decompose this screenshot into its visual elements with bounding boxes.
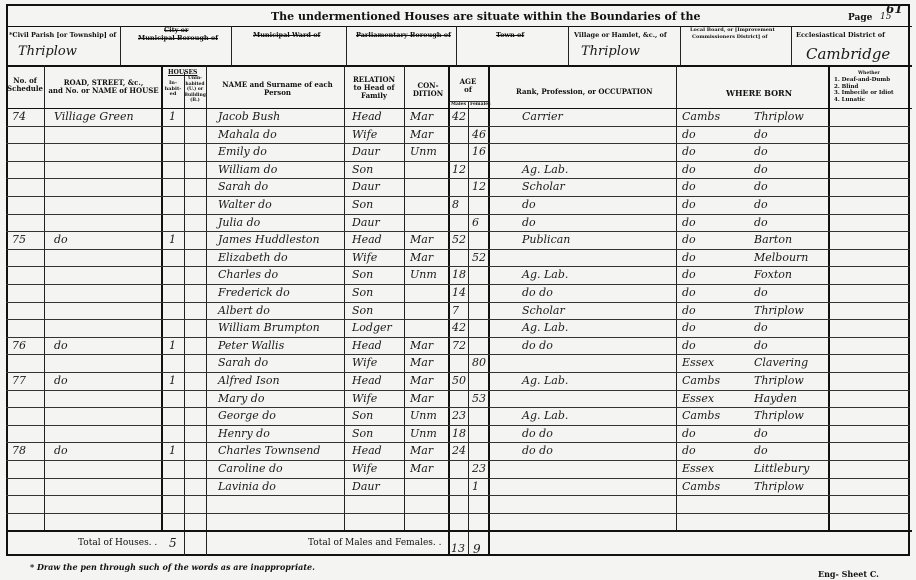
born-place: Thriplow xyxy=(754,304,804,317)
born-county: do xyxy=(682,286,696,299)
female-age: 12 xyxy=(472,180,486,193)
person-name: Mary do xyxy=(218,392,264,405)
born-county: do xyxy=(682,339,696,352)
born-county: do xyxy=(682,251,696,264)
condition: Mar xyxy=(410,339,433,352)
relation: Wife xyxy=(352,462,377,475)
born-place: Hayden xyxy=(754,392,797,405)
born-place: do xyxy=(754,339,768,352)
born-county: Essex xyxy=(682,392,714,405)
boundary-value-civil-parish: Thriplow xyxy=(18,44,77,59)
born-county: Cambs xyxy=(682,409,720,422)
person-name: James Huddleston xyxy=(218,233,320,246)
person-name: Albert do xyxy=(218,304,270,317)
condition: Unm xyxy=(410,145,437,158)
relation: Wife xyxy=(352,392,377,405)
table-row: Emily doDaurUnm16dodo xyxy=(6,143,910,161)
relation: Son xyxy=(352,304,373,317)
boundary-label-local-board-1: Local Board, or [Improvement xyxy=(690,28,775,34)
document-title: The undermentioned Houses are situate wi… xyxy=(271,10,700,23)
born-county: Cambs xyxy=(682,374,720,387)
schedule-number: 77 xyxy=(12,374,26,387)
occupation: Scholar xyxy=(522,304,565,317)
occupation: Ag. Lab. xyxy=(522,268,568,281)
total-females-value: 9 xyxy=(473,542,481,556)
condition: Mar xyxy=(410,233,433,246)
person-name: William Brumpton xyxy=(218,321,320,334)
table-row: Sarah doDaur12Scholardodo xyxy=(6,178,910,196)
total-males-value: 13 xyxy=(451,542,465,555)
person-name: Walter do xyxy=(218,198,272,211)
sheet-label: Eng- Sheet C. xyxy=(818,569,879,579)
born-county: do xyxy=(682,268,696,281)
born-place: do xyxy=(754,145,768,158)
male-age: 18 xyxy=(452,427,466,440)
person-name: Charles do xyxy=(218,268,278,281)
condition: Mar xyxy=(410,110,433,123)
relation: Wife xyxy=(352,251,377,264)
road-name: do xyxy=(54,339,68,352)
table-row xyxy=(6,495,910,513)
road-name: do xyxy=(54,374,68,387)
person-name: Peter Wallis xyxy=(218,339,284,352)
table-row: William BrumptonLodger42Ag. Lab.dodo xyxy=(6,319,910,337)
male-age: 42 xyxy=(452,110,466,123)
born-place: Clavering xyxy=(754,356,808,369)
condition: Mar xyxy=(410,392,433,405)
boundary-label-ecclesiastical: Ecclesiastical District of xyxy=(796,31,885,39)
male-age: 23 xyxy=(452,409,466,422)
table-row: Mary doWifeMar53EssexHayden xyxy=(6,390,910,408)
relation: Son xyxy=(352,286,373,299)
boundary-value-ecclesiastical: Cambridge xyxy=(806,45,890,63)
born-place: Thriplow xyxy=(754,110,804,123)
col-houses-header: HOUSES xyxy=(168,70,197,76)
schedule-number: 75 xyxy=(12,233,26,246)
boundary-label-parliamentary-borough: Parliamentary Borough of xyxy=(356,31,451,39)
table-row: William doSon12Ag. Lab.dodo xyxy=(6,161,910,179)
road-name: do xyxy=(54,444,68,457)
person-name: Lavinia do xyxy=(218,480,276,493)
table-row: Frederick doSon14do dododo xyxy=(6,284,910,302)
relation: Daur xyxy=(352,145,380,158)
person-name: Caroline do xyxy=(218,462,283,475)
relation: Head xyxy=(352,374,382,387)
table-row: Walter doSon8dododo xyxy=(6,196,910,214)
born-place: do xyxy=(754,427,768,440)
occupation: do xyxy=(522,198,536,211)
col-name-header: NAME and Surname of eachPerson xyxy=(210,81,345,97)
born-place: do xyxy=(754,321,768,334)
born-place: do xyxy=(754,128,768,141)
col-inhabited-header: In-habit-ed xyxy=(162,81,184,98)
occupation: do do xyxy=(522,286,553,299)
table-row: Charles doSonUnm18Ag. Lab.doFoxton xyxy=(6,266,910,284)
inhabited-count: 1 xyxy=(169,110,176,123)
road-name: do xyxy=(54,233,68,246)
relation: Head xyxy=(352,444,382,457)
col-occupation-header: Rank, Profession, or OCCUPATION xyxy=(516,87,653,96)
boundary-label-city: City or xyxy=(164,26,188,34)
person-name: Charles Townsend xyxy=(218,444,320,457)
inhabited-count: 1 xyxy=(169,374,176,387)
relation: Son xyxy=(352,427,373,440)
col-infirmities-header: 1. Deaf-and-Dumb2. Blind3. Imbecile or I… xyxy=(834,77,894,103)
relation: Wife xyxy=(352,128,377,141)
born-county: do xyxy=(682,427,696,440)
boundary-label-municipal-borough: Municipal Borough of xyxy=(138,34,218,42)
occupation: Publican xyxy=(522,233,570,246)
table-row: Julia doDaur6dododo xyxy=(6,214,910,232)
table-row: Mahala doWifeMar46dodo xyxy=(6,126,910,144)
born-place: Melbourn xyxy=(754,251,808,264)
person-name: Sarah do xyxy=(218,180,268,193)
born-place: do xyxy=(754,286,768,299)
condition: Mar xyxy=(410,374,433,387)
male-age: 14 xyxy=(452,286,466,299)
occupation: do do xyxy=(522,339,553,352)
occupation: Ag. Lab. xyxy=(522,374,568,387)
col-whether-header: Whether xyxy=(858,71,880,77)
col-schedule-header: No. ofSchedule xyxy=(6,77,44,93)
schedule-number: 78 xyxy=(12,444,26,457)
condition: Unm xyxy=(410,427,437,440)
born-place: do xyxy=(754,216,768,229)
female-age: 23 xyxy=(472,462,486,475)
condition: Unm xyxy=(410,409,437,422)
person-name: Alfred Ison xyxy=(218,374,280,387)
relation: Daur xyxy=(352,180,380,193)
born-county: do xyxy=(682,180,696,193)
inhabited-count: 1 xyxy=(169,444,176,457)
occupation: Ag. Lab. xyxy=(522,163,568,176)
female-age: 52 xyxy=(472,251,486,264)
table-row xyxy=(6,513,910,531)
relation: Son xyxy=(352,268,373,281)
relation: Daur xyxy=(352,216,380,229)
female-age: 1 xyxy=(472,480,479,493)
occupation: Carrier xyxy=(522,110,563,123)
born-county: Cambs xyxy=(682,480,720,493)
occupation: Scholar xyxy=(522,180,565,193)
occupation: do do xyxy=(522,427,553,440)
born-place: Thriplow xyxy=(754,409,804,422)
born-county: do xyxy=(682,233,696,246)
table-row: Sarah doWifeMar80EssexClavering xyxy=(6,354,910,372)
road-name: Villiage Green xyxy=(54,110,134,123)
census-sheet: The undermentioned Houses are situate wi… xyxy=(6,4,912,560)
col-uninhabited-header: Unin-habited(U.) orBuilding(B.) xyxy=(184,76,206,104)
col-where-born-header: WHERE BORN xyxy=(726,88,792,98)
born-county: do xyxy=(682,216,696,229)
condition: Unm xyxy=(410,268,437,281)
born-county: do xyxy=(682,321,696,334)
male-age: 50 xyxy=(452,374,466,387)
page-number-stamped: 61 xyxy=(886,2,903,16)
female-age: 46 xyxy=(472,128,486,141)
total-houses-value: 5 xyxy=(169,536,177,550)
table-row: Lavinia doDaur1CambsThriplow xyxy=(6,478,910,496)
born-county: do xyxy=(682,128,696,141)
born-county: do xyxy=(682,145,696,158)
born-county: do xyxy=(682,198,696,211)
table-row: George doSonUnm23Ag. Lab.CambsThriplow xyxy=(6,407,910,425)
condition: Mar xyxy=(410,128,433,141)
schedule-number: 74 xyxy=(12,110,26,123)
person-name: Elizabeth do xyxy=(218,251,288,264)
female-age: 16 xyxy=(472,145,486,158)
condition: Mar xyxy=(410,356,433,369)
boundary-label-civil-parish: *Civil Parish [or Township] of xyxy=(9,31,116,39)
col-age-header: AGEof xyxy=(448,78,488,94)
born-place: Foxton xyxy=(754,268,792,281)
col-relation-header: RELATIONto Head ofFamily xyxy=(344,76,404,100)
born-place: do xyxy=(754,444,768,457)
table-row: 75do1James HuddlestonHeadMar52Publicando… xyxy=(6,231,910,249)
born-place: Thriplow xyxy=(754,480,804,493)
male-age: 7 xyxy=(452,304,459,317)
relation: Son xyxy=(352,163,373,176)
person-name: Emily do xyxy=(218,145,267,158)
relation: Head xyxy=(352,339,382,352)
boundary-label-village: Village or Hamlet, &c., of xyxy=(574,31,667,39)
born-county: Essex xyxy=(682,356,714,369)
occupation: do do xyxy=(522,444,553,457)
male-age: 72 xyxy=(452,339,466,352)
table-row: Elizabeth doWifeMar52doMelbourn xyxy=(6,249,910,267)
occupation: do xyxy=(522,216,536,229)
table-row: 78do1Charles TownsendHeadMar24do dododo xyxy=(6,442,910,460)
table-row: 74Villiage Green1Jacob BushHeadMar42Carr… xyxy=(6,108,910,126)
table-row: Henry doSonUnm18do dododo xyxy=(6,425,910,443)
born-county: Cambs xyxy=(682,110,720,123)
relation: Daur xyxy=(352,480,380,493)
table-row: Albert doSon7ScholardoThriplow xyxy=(6,302,910,320)
born-place: do xyxy=(754,163,768,176)
person-name: George do xyxy=(218,409,276,422)
person-name: Jacob Bush xyxy=(218,110,280,123)
boundary-label-local-board-2: Commissioners District] of xyxy=(692,35,768,41)
born-county: do xyxy=(682,444,696,457)
col-condition-header: CON-DITION xyxy=(406,82,450,98)
female-age: 80 xyxy=(472,356,486,369)
total-houses-label: Total of Houses. . xyxy=(78,538,157,548)
footnote: * Draw the pen through such of the words… xyxy=(30,562,315,572)
condition: Mar xyxy=(410,444,433,457)
born-county: do xyxy=(682,163,696,176)
occupation: Ag. Lab. xyxy=(522,321,568,334)
boundary-label-town: Town of xyxy=(496,31,524,39)
born-county: Essex xyxy=(682,462,714,475)
occupation: Ag. Lab. xyxy=(522,409,568,422)
born-place: Littlebury xyxy=(754,462,809,475)
female-age: 6 xyxy=(472,216,479,229)
page-label: Page xyxy=(848,13,872,23)
boundary-label-municipal-ward: Municipal Ward of xyxy=(253,31,320,39)
inhabited-count: 1 xyxy=(169,233,176,246)
male-age: 12 xyxy=(452,163,466,176)
total-persons-label: Total of Males and Females. . xyxy=(308,538,442,548)
male-age: 24 xyxy=(452,444,466,457)
female-age: 53 xyxy=(472,392,486,405)
table-row: 76do1Peter WallisHeadMar72do dododo xyxy=(6,337,910,355)
born-place: do xyxy=(754,198,768,211)
boundary-value-village: Thriplow xyxy=(581,44,640,59)
born-county: do xyxy=(682,304,696,317)
male-age: 8 xyxy=(452,198,459,211)
col-road-header: ROAD, STREET, &c.,and No. or NAME of HOU… xyxy=(46,79,161,95)
inhabited-count: 1 xyxy=(169,339,176,352)
person-name: Henry do xyxy=(218,427,270,440)
schedule-number: 76 xyxy=(12,339,26,352)
born-place: Barton xyxy=(754,233,792,246)
condition: Mar xyxy=(410,251,433,264)
condition: Mar xyxy=(410,462,433,475)
person-name: Mahala do xyxy=(218,128,277,141)
relation: Head xyxy=(352,233,382,246)
relation: Head xyxy=(352,110,382,123)
relation: Wife xyxy=(352,356,377,369)
relation: Son xyxy=(352,409,373,422)
male-age: 42 xyxy=(452,321,466,334)
person-name: William do xyxy=(218,163,277,176)
col-males-header: Males xyxy=(451,102,466,107)
male-age: 18 xyxy=(452,268,466,281)
table-row: 77do1Alfred IsonHeadMar50Ag. Lab.CambsTh… xyxy=(6,372,910,390)
born-place: do xyxy=(754,180,768,193)
relation: Son xyxy=(352,198,373,211)
person-name: Sarah do xyxy=(218,356,268,369)
relation: Lodger xyxy=(352,321,392,334)
table-row: Caroline doWifeMar23EssexLittlebury xyxy=(6,460,910,478)
person-name: Julia do xyxy=(218,216,260,229)
male-age: 52 xyxy=(452,233,466,246)
person-name: Frederick do xyxy=(218,286,290,299)
born-place: Thriplow xyxy=(754,374,804,387)
